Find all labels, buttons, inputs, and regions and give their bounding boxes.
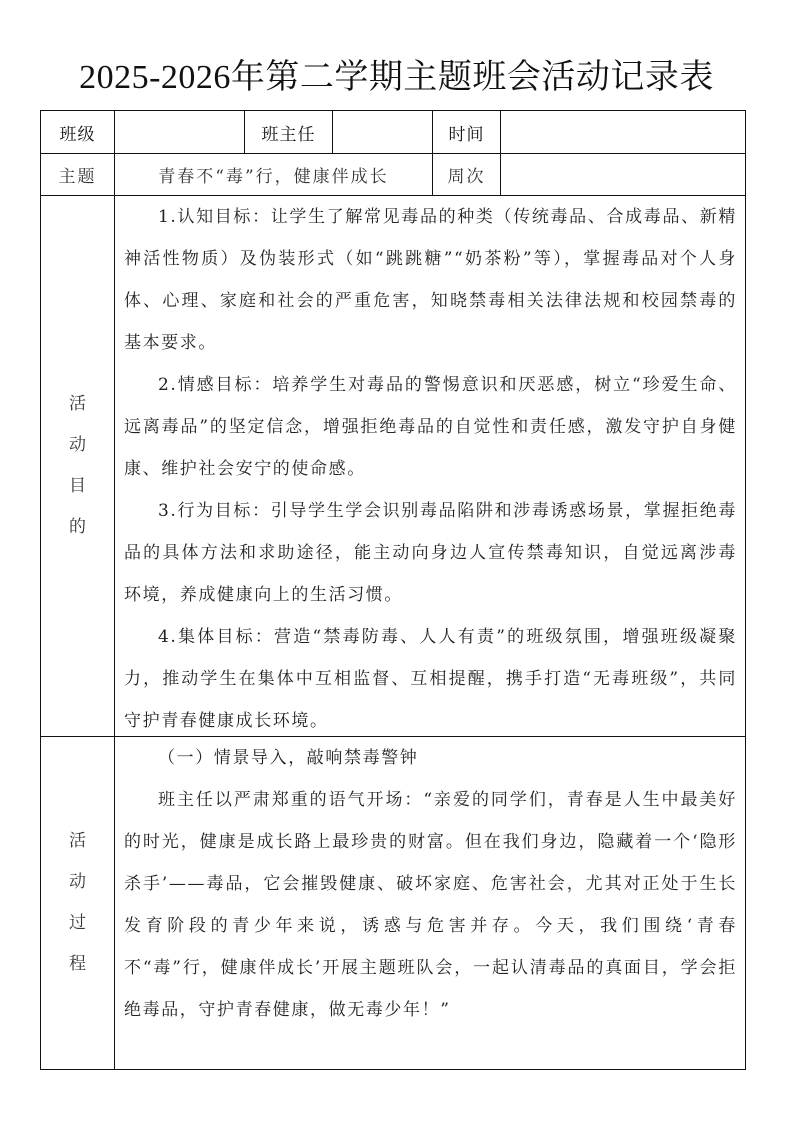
purpose-label: 活 动 目 的 <box>41 196 115 737</box>
cognitive-goal: 1.认知目标：让学生了解常见毒品的种类（传统毒品、合成毒品、新精神活性物质）及伪… <box>124 196 737 364</box>
purpose-label-char: 动 <box>41 425 114 466</box>
class-label: 班级 <box>41 111 115 154</box>
teacher-field[interactable] <box>333 111 433 154</box>
header-row: 班级 班主任 时间 <box>41 111 746 154</box>
process-label-char: 程 <box>41 944 114 985</box>
collective-goal: 4.集体目标：营造“禁毒防毒、人人有责”的班级氛围，增强班级凝聚力，推动学生在集… <box>124 616 737 742</box>
teacher-label: 班主任 <box>245 111 333 154</box>
theme-label: 主题 <box>41 154 115 196</box>
process-paragraph: 班主任以严肃郑重的语气开场：“亲爱的同学们，青春是人生中最美好的时光，健康是成长… <box>124 779 737 1031</box>
purpose-label-char: 活 <box>41 384 114 425</box>
process-label-char: 活 <box>41 821 114 862</box>
purpose-row: 活 动 目 的 1.认知目标：让学生了解常见毒品的种类（传统毒品、合成毒品、新精… <box>41 196 746 737</box>
behavioral-goal: 3.行为目标：引导学生学会识别毒品陷阱和涉毒诱惑场景，掌握拒绝毒品的具体方法和求… <box>124 490 737 616</box>
theme-row: 主题 青春不“毒”行，健康伴成长 周次 <box>41 154 746 196</box>
activity-record-table: 班级 班主任 时间 主题 青春不“毒”行，健康伴成长 周次 活 动 目 的 1.… <box>40 110 746 1070</box>
week-field[interactable] <box>501 154 746 196</box>
process-label-char: 过 <box>41 903 114 944</box>
time-field[interactable] <box>501 111 746 154</box>
theme-value: 青春不“毒”行，健康伴成长 <box>115 154 433 196</box>
section-heading: （一）情景导入，敲响禁毒警钟 <box>124 737 737 779</box>
purpose-content: 1.认知目标：让学生了解常见毒品的种类（传统毒品、合成毒品、新精神活性物质）及伪… <box>115 196 746 737</box>
process-label-char: 动 <box>41 862 114 903</box>
process-content: （一）情景导入，敲响禁毒警钟 班主任以严肃郑重的语气开场：“亲爱的同学们，青春是… <box>115 737 746 1070</box>
page-title: 2025-2026年第二学期主题班会活动记录表 <box>0 56 793 100</box>
purpose-label-char: 的 <box>41 507 114 548</box>
time-label: 时间 <box>433 111 501 154</box>
week-label: 周次 <box>433 154 501 196</box>
purpose-label-char: 目 <box>41 466 114 507</box>
process-row: 活 动 过 程 （一）情景导入，敲响禁毒警钟 班主任以严肃郑重的语气开场：“亲爱… <box>41 737 746 1070</box>
emotional-goal: 2.情感目标：培养学生对毒品的警惕意识和厌恶感，树立“珍爱生命、远离毒品”的坚定… <box>124 364 737 490</box>
process-label: 活 动 过 程 <box>41 737 115 1070</box>
class-field[interactable] <box>115 111 245 154</box>
